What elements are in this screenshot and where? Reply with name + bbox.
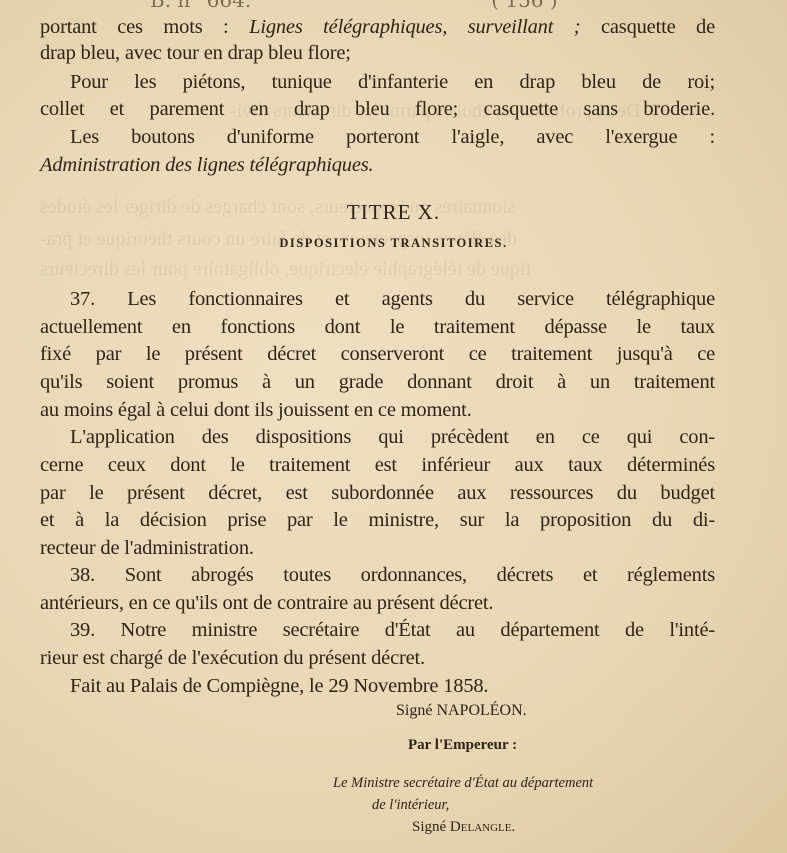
bulletin-number: B. n° 664. bbox=[150, 0, 251, 8]
article-37-para2-line: et à la décision prise par le ministre, … bbox=[40, 507, 715, 533]
article-39-line: rieur est chargé de l'exécution du prése… bbox=[40, 645, 715, 671]
article-37-line: actuellement en fonctions dont le traite… bbox=[40, 314, 715, 340]
italic-inscription: Lignes télégraphiques, surveillant ; bbox=[249, 16, 580, 38]
minister-title: Le Ministre secrétaire d'État au départe… bbox=[333, 775, 593, 792]
page-number: ( 156 ) bbox=[491, 0, 558, 8]
page-header: B. n° 664. ( 156 ) bbox=[150, 0, 650, 8]
text-line: Administration des lignes télégraphiques… bbox=[40, 152, 715, 178]
article-37-line: qu'ils soient promus à un grade donnant … bbox=[40, 369, 715, 395]
section-subtitle: DISPOSITIONS TRANSITOIRES. bbox=[0, 236, 787, 251]
article-37-para2-line: recteur de l'administration. bbox=[40, 535, 715, 561]
signature-prefix: Signé bbox=[412, 819, 450, 835]
signature-name: Delangle. bbox=[450, 819, 515, 835]
text-line: drap bleu, avec tour en drap bleu flore; bbox=[40, 40, 715, 66]
minister-department: de l'intérieur, bbox=[372, 797, 449, 814]
bleed-through-text: tique de télégraphie électrique, obligat… bbox=[40, 258, 531, 281]
article-39-line: 39. Notre ministre secrétaire d'État au … bbox=[70, 617, 715, 643]
article-37-para2-line: par le présent décret, est subordonnée a… bbox=[40, 480, 715, 506]
article-37-para2-line: L'application des dispositions qui précè… bbox=[70, 424, 715, 450]
text-line: Pour les piétons, tunique d'infanterie e… bbox=[70, 69, 715, 95]
signature-delangle: Signé Delangle. bbox=[412, 819, 515, 836]
article-37-line: 37. Les fonctionnaires et agents du serv… bbox=[70, 286, 715, 312]
article-38-line: 38. Sont abrogés toutes ordonnances, déc… bbox=[70, 562, 715, 588]
text-line: collet et parement en drap bleu flore; c… bbox=[40, 96, 715, 122]
section-title: TITRE X. bbox=[0, 200, 787, 225]
scanned-page: 35. Deux professeurs, choisis parmi les … bbox=[0, 0, 787, 853]
by-the-emperor: Par l'Empereur : bbox=[408, 737, 517, 754]
text-line: Les boutons d'uniforme porteront l'aigle… bbox=[70, 124, 715, 150]
text-line: portant ces mots : Lignes télégraphiques… bbox=[40, 14, 715, 40]
article-37-para2-line: cerne ceux dont le traitement est inféri… bbox=[40, 452, 715, 478]
article-38-line: antérieurs, en ce qu'ils ont de contrair… bbox=[40, 590, 715, 616]
date-place-line: Fait au Palais de Compiègne, le 29 Novem… bbox=[70, 673, 715, 699]
signature-napoleon: Signé NAPOLÉON. bbox=[396, 702, 527, 720]
article-37-line: au moins égal à celui dont ils jouissent… bbox=[40, 397, 715, 423]
article-37-line: fixé par le présent décret conserveront … bbox=[40, 341, 715, 367]
